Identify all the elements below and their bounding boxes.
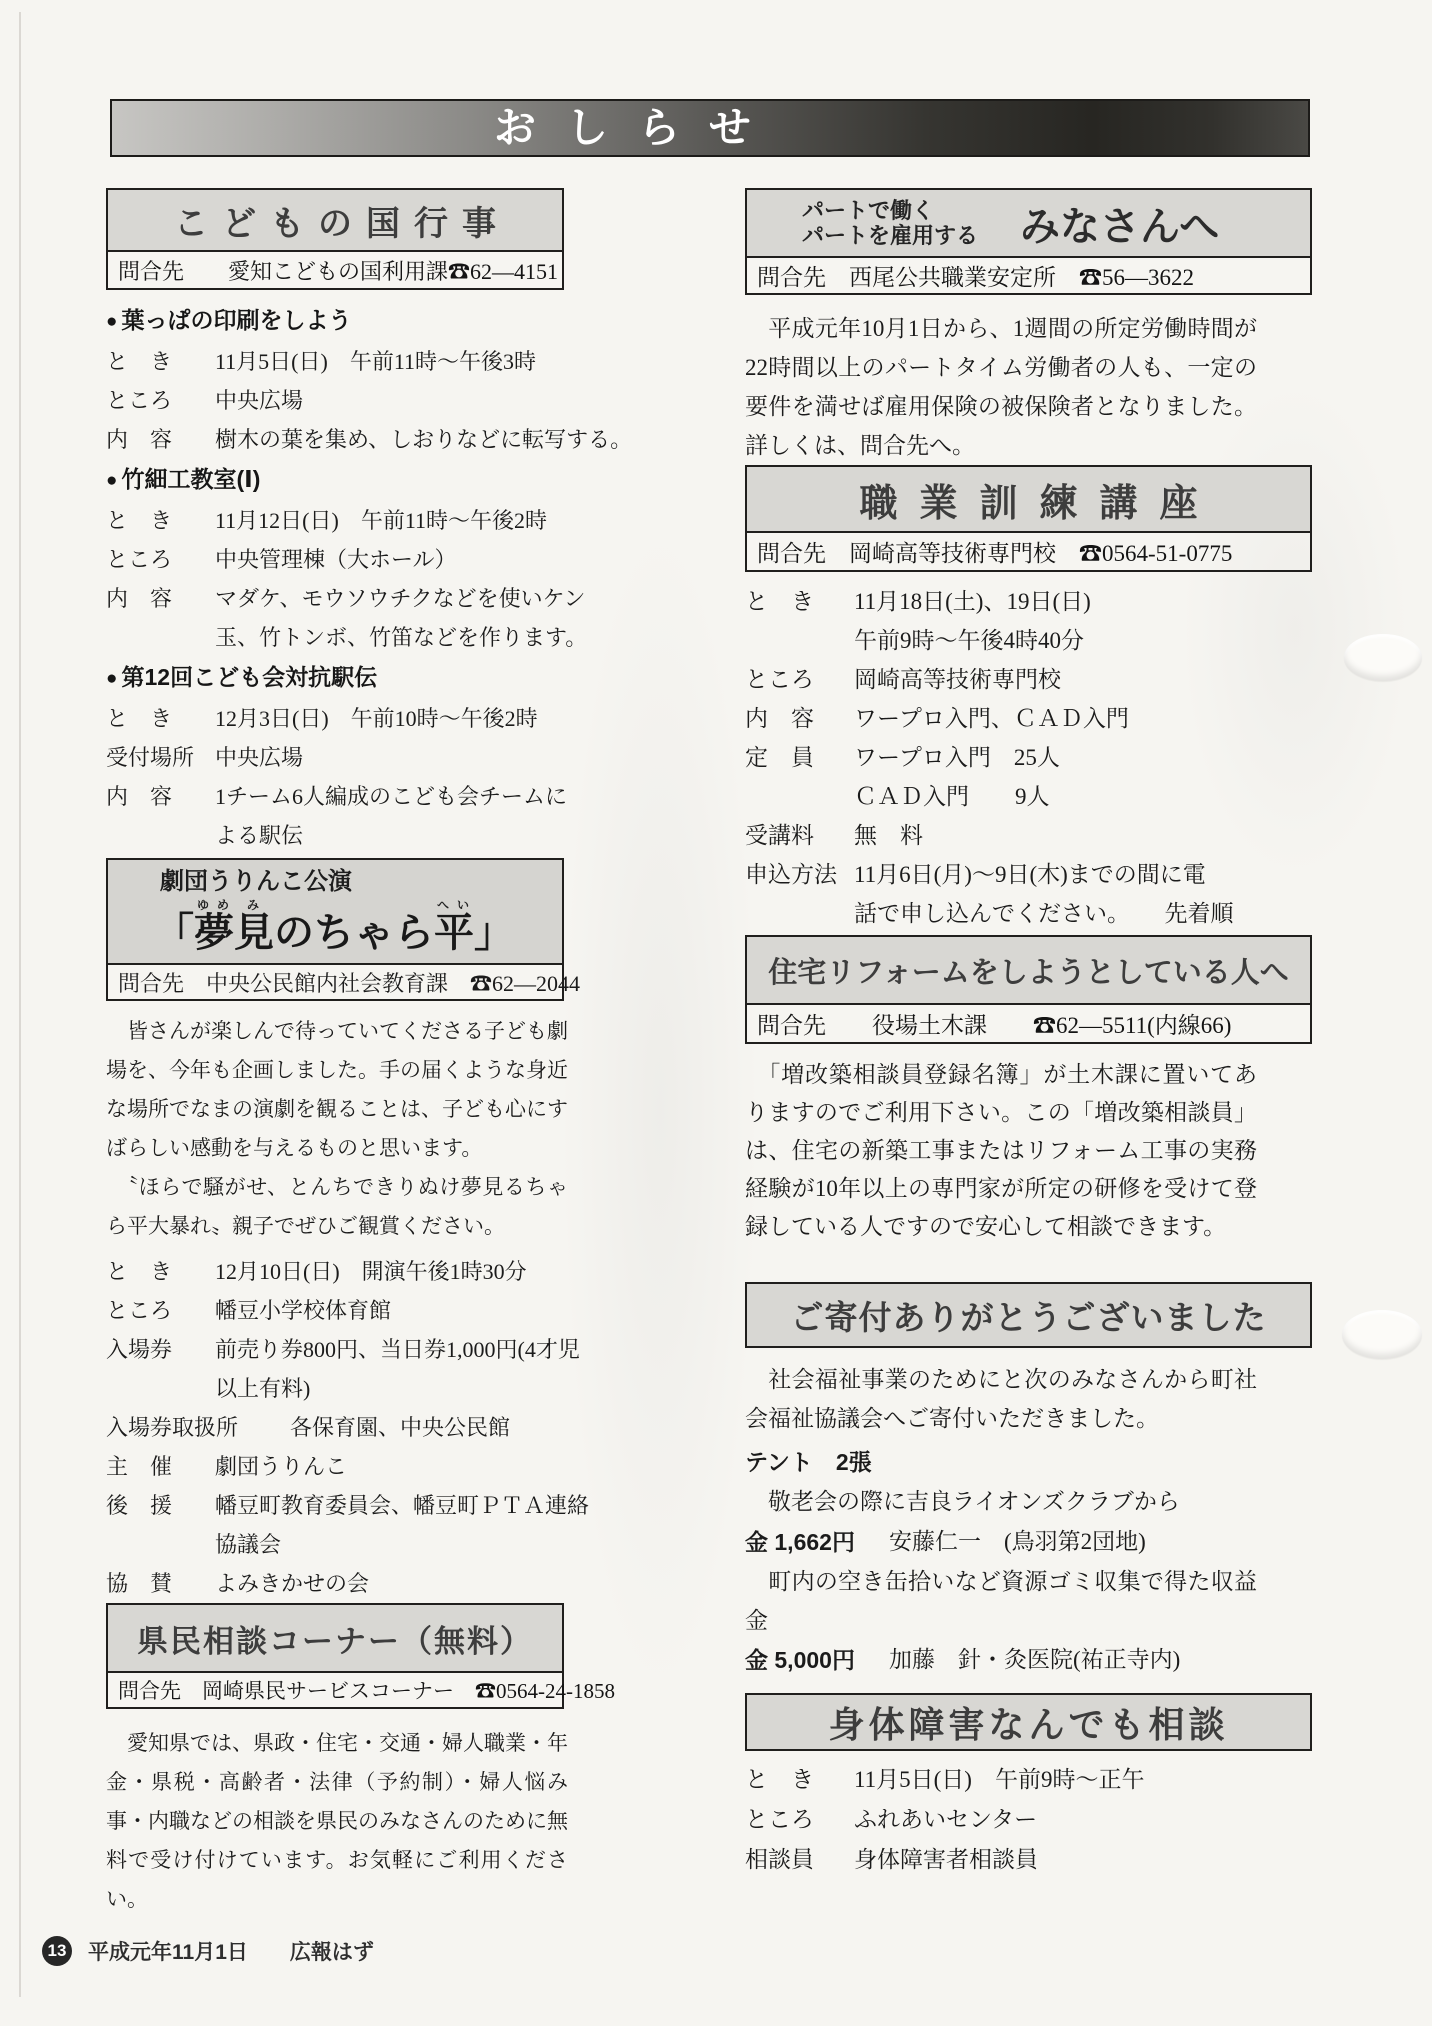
detail-row: 主 催劇団うりんこ [106, 1447, 564, 1486]
section-kunren-contact: 問合先 岡崎高等技術専門校 ☎0564-51-0775 [747, 533, 1310, 570]
row-value: 12月3日(日) 午前10時～午後2時 [215, 699, 538, 738]
row-value: マダケ、モウソウチクなどを使いケン [215, 579, 585, 618]
detail-row: 受講料無 料 [745, 816, 1312, 855]
page-footer: 13 平成元年11月1日 広報はず [42, 1936, 374, 1966]
row-label: 協 賛 [106, 1564, 215, 1603]
section-part-title: みなさんへ [1020, 195, 1219, 252]
row-label: ところ [106, 381, 215, 420]
kenmin-description: 愛知県では、県政・住宅・交通・婦人職業・年金・県税・高齢者・法律（予約制）・婦人… [106, 1724, 568, 1919]
detail-row: ところ中央管理棟（大ホール） [106, 540, 564, 579]
section-kifu-title: ご寄付ありがとうございました [747, 1284, 1310, 1346]
detail-row: 後 援幡豆町教育委員会、幡豆町ＰＴＡ連絡 [106, 1486, 564, 1525]
punch-hole [1344, 634, 1422, 681]
row-value: ＣＡＤ入門 9人 [854, 777, 1050, 816]
furigana: み [234, 898, 274, 912]
part-kicker: パートで働く パートを雇用する [802, 198, 978, 248]
detail-row: 内 容マダケ、モウソウチクなどを使いケン [106, 579, 564, 618]
play-title-ruby: 夢ゆめ [194, 911, 234, 955]
row-label: 相談員 [745, 1840, 854, 1880]
row-label: 申込方法 [745, 855, 854, 894]
bullet-icon: ● [106, 668, 117, 689]
row-label: と き [106, 699, 215, 738]
detail-row-continuation: よる駅伝 [106, 816, 564, 855]
play-title-char: 夢 [194, 911, 234, 955]
row-value: よる駅伝 [215, 816, 303, 855]
detail-row-continuation: 以上有料) [106, 1369, 564, 1408]
row-value: 幡豆町教育委員会、幡豆町ＰＴＡ連絡 [215, 1486, 589, 1525]
row-label: 入場券 [106, 1330, 215, 1369]
donation-amount: 金 5,000円 [745, 1640, 855, 1680]
row-value: 中央広場 [215, 381, 303, 420]
row-value: 玉、竹トンボ、竹笛などを作ります。 [215, 618, 587, 657]
play-title: 「夢ゆめ見みのちゃら平へい」 [108, 898, 562, 957]
detail-row: 内 容樹木の葉を集め、しおりなどに転写する。 [106, 420, 564, 459]
donation-item: テント 2張 [745, 1442, 1312, 1482]
play-box: 劇団うりんこ公演 「夢ゆめ見みのちゃら平へい」 問合先 中央公民館内社会教育課 … [106, 858, 564, 1001]
kifu-details: 社会福祉事業のためにと次のみなさんから町社会福祉協議会へご寄付いただきました。 … [745, 1360, 1312, 1680]
section-kifu-box: ご寄付ありがとうございました [745, 1282, 1312, 1348]
section-kunren-title: 職業訓練講座 [747, 467, 1310, 533]
event-heading-text: 竹細工教室(Ⅰ) [121, 466, 260, 492]
row-value: 中央広場 [215, 738, 303, 777]
row-value: 前売り券800円、当日券1,000円(4才児 [215, 1330, 580, 1369]
detail-row-continuation: ＣＡＤ入門 9人 [745, 777, 1312, 816]
page-number-badge: 13 [42, 1936, 72, 1966]
row-label: 内 容 [106, 777, 215, 816]
punch-hole [1342, 1310, 1422, 1359]
detail-row: 協 賛よみきかせの会 [106, 1564, 564, 1603]
row-label: と き [106, 501, 215, 540]
detail-row: 内 容ワープロ入門、ＣＡＤ入門 [745, 699, 1312, 738]
play-title-close: 」 [474, 911, 514, 955]
detail-row-continuation: 午前9時～午後4時40分 [745, 621, 1312, 660]
row-label: ところ [745, 660, 854, 699]
donation-donor: 加藤 針・灸医院(祐正寺内) [889, 1640, 1180, 1680]
paragraph: 平成元年10月1日から、1週間の所定労働時間が22時間以上のパートタイム労働者の… [745, 309, 1257, 465]
kodomo-events: ●葉っぱの印刷をしよう と き11月5日(日) 午前11時～午後3時 ところ中央… [106, 300, 564, 855]
kunren-details: と き11月18日(土)、19日(日) 午前9時～午後4時40分 ところ岡崎高等… [745, 582, 1312, 933]
row-label: と き [106, 1252, 215, 1291]
event-heading: ●葉っぱの印刷をしよう [106, 300, 564, 342]
section-reform-box: 住宅リフォームをしようとしている人へ 問合先 役場土木課 ☎62—5511(内線… [745, 935, 1312, 1044]
bullet-icon: ● [106, 470, 117, 491]
paragraph: 町内の空き缶拾いなど資源ゴミ収集で得た収益金 [745, 1562, 1257, 1640]
section-kenmin-contact: 問合先 岡崎県民サービスコーナー ☎0564-24-1858 [108, 1673, 562, 1707]
detail-row: ところ幡豆小学校体育館 [106, 1291, 564, 1330]
row-value: 中央管理棟（大ホール） [215, 540, 457, 579]
page-fold-line [19, 12, 21, 1997]
section-part-contact: 問合先 西尾公共職業安定所 ☎56—3622 [747, 258, 1310, 293]
play-title-ruby: 平へい [434, 911, 474, 955]
play-details: と き12月10日(日) 開演午後1時30分 ところ幡豆小学校体育館 入場券前売… [106, 1252, 564, 1603]
play-title-ruby: 見み [234, 911, 274, 955]
play-title-open: 「 [154, 911, 194, 955]
row-value: よみきかせの会 [215, 1564, 369, 1603]
row-value: 11月18日(土)、19日(日) [854, 582, 1091, 621]
row-value: ワープロ入門、ＣＡＤ入門 [854, 699, 1129, 738]
section-kodomo-contact: 問合先 愛知こどもの国利用課☎62—4151 [108, 252, 562, 288]
row-value: 1チーム6人編成のこども会チームに [215, 777, 567, 816]
section-part-header: パートで働く パートを雇用する みなさんへ [747, 190, 1310, 258]
soudan-details: と き11月5日(日) 午前9時～正午 ところふれあいセンター 相談員身体障害者… [745, 1760, 1312, 1880]
row-label: と き [745, 582, 854, 621]
detail-row: と き12月3日(日) 午前10時～午後2時 [106, 699, 564, 738]
row-label: 内 容 [745, 699, 854, 738]
row-value: 話で申し込んでください。 先着順 [854, 894, 1234, 933]
section-reform-contact: 問合先 役場土木課 ☎62—5511(内線66) [747, 1005, 1310, 1042]
row-value: 身体障害者相談員 [854, 1840, 1038, 1880]
detail-row: 受付場所中央広場 [106, 738, 564, 777]
section-kenmin-box: 県民相談コーナー（無料） 問合先 岡崎県民サービスコーナー ☎0564-24-1… [106, 1603, 564, 1709]
play-box-header: 劇団うりんこ公演 「夢ゆめ見みのちゃら平へい」 [108, 860, 562, 965]
detail-row-continuation: 協議会 [106, 1525, 564, 1564]
row-value: 11月6日(月)～9日(木)までの間に電 [854, 855, 1206, 894]
section-part-box: パートで働く パートを雇用する みなさんへ 問合先 西尾公共職業安定所 ☎56—… [745, 188, 1312, 295]
event-heading: ●竹細工教室(Ⅰ) [106, 459, 564, 501]
play-title-char: 平 [434, 911, 474, 955]
detail-row: と き12月10日(日) 開演午後1時30分 [106, 1252, 564, 1291]
row-label: 入場券取扱所 [106, 1408, 290, 1447]
row-value: 劇団うりんこ [215, 1447, 347, 1486]
detail-row: と き11月18日(土)、19日(日) [745, 582, 1312, 621]
event-heading: ●第12回こども会対抗駅伝 [106, 657, 564, 699]
detail-row: 申込方法11月6日(月)～9日(木)までの間に電 [745, 855, 1312, 894]
part-description: 平成元年10月1日から、1週間の所定労働時間が22時間以上のパートタイム労働者の… [745, 309, 1257, 465]
play-description: 皆さんが楽しんで待っていてくださる子ども劇場を、今年も企画しました。手の届くよう… [106, 1012, 568, 1246]
row-value: 幡豆小学校体育館 [215, 1291, 391, 1330]
play-title-char: のちゃら [274, 911, 434, 955]
row-label: と き [106, 342, 215, 381]
donation-amount: 金 1,662円 [745, 1522, 855, 1562]
play-kicker: 劇団うりんこ公演 [108, 868, 562, 896]
detail-row: と き11月5日(日) 午前11時～午後3時 [106, 342, 564, 381]
event-heading-text: 第12回こども会対抗駅伝 [121, 664, 377, 690]
row-value: 11月12日(日) 午前11時～午後2時 [215, 501, 547, 540]
detail-row: ところ中央広場 [106, 381, 564, 420]
row-label: ところ [745, 1800, 854, 1840]
row-value: 無 料 [854, 816, 923, 855]
paragraph: 「増改築相談員登録名簿」が土木課に置いてありますのでご利用下さい。この「増改築相… [745, 1056, 1257, 1246]
detail-row: 内 容1チーム6人編成のこども会チームに [106, 777, 564, 816]
row-value: 12月10日(日) 開演午後1時30分 [215, 1252, 527, 1291]
row-label: 後 援 [106, 1486, 215, 1525]
event-heading-text: 葉っぱの印刷をしよう [121, 307, 351, 333]
row-label: ところ [106, 540, 215, 579]
furigana: ゆめ [194, 898, 234, 912]
notice-banner: おしらせ [110, 99, 1310, 157]
row-value: 11月5日(日) 午前11時～午後3時 [215, 342, 536, 381]
detail-row: 相談員身体障害者相談員 [745, 1840, 1312, 1880]
row-label: と き [745, 1760, 854, 1800]
section-kodomo-box: こどもの国行事 問合先 愛知こどもの国利用課☎62—4151 [106, 188, 564, 290]
paragraph: 皆さんが楽しんで待っていてくださる子ども劇場を、今年も企画しました。手の届くよう… [106, 1012, 568, 1168]
furigana: へい [434, 898, 474, 912]
row-value: 以上有料) [215, 1369, 310, 1408]
donation-amount-row: 金 5,000円加藤 針・灸医院(祐正寺内) [745, 1640, 1312, 1680]
row-value: 協議会 [215, 1525, 281, 1564]
row-value: 岡崎高等技術専門校 [854, 660, 1061, 699]
note-text: 敬老会の際に吉良ライオンズクラブから [745, 1482, 1180, 1522]
bullet-icon: ● [106, 311, 117, 332]
row-label: 内 容 [106, 579, 215, 618]
play-contact: 問合先 中央公民館内社会教育課 ☎62—2044 [108, 965, 562, 999]
row-label: ところ [106, 1291, 215, 1330]
detail-row: 入場券前売り券800円、当日券1,000円(4才児 [106, 1330, 564, 1369]
row-value: 樹木の葉を集め、しおりなどに転写する。 [215, 420, 632, 459]
section-kenmin-title: 県民相談コーナー（無料） [108, 1605, 562, 1673]
donation-note: 敬老会の際に吉良ライオンズクラブから [745, 1482, 1312, 1522]
detail-row: ところふれあいセンター [745, 1800, 1312, 1840]
section-reform-title: 住宅リフォームをしようとしている人へ [747, 937, 1310, 1005]
paragraph: 〝ほらで騒がせ、とんちできりぬけ夢見るちゃら平大暴れ〟親子でぜひご観賞ください。 [106, 1168, 568, 1246]
detail-row-continuation: 玉、竹トンボ、竹笛などを作ります。 [106, 618, 564, 657]
footer-text: 平成元年11月1日 広報はず [88, 1936, 374, 1966]
row-value: 午前9時～午後4時40分 [854, 621, 1084, 660]
section-kodomo-title: こどもの国行事 [108, 190, 562, 252]
donation-donor: 安藤仁一 (鳥羽第2団地) [889, 1522, 1146, 1562]
part-kicker-line2: パートを雇用する [802, 223, 978, 248]
play-title-char: 見 [234, 911, 274, 955]
detail-row: ところ岡崎高等技術専門校 [745, 660, 1312, 699]
notice-banner-title: おしらせ [494, 107, 781, 149]
paragraph: 社会福祉事業のためにと次のみなさんから町社会福祉協議会へご寄付いただきました。 [745, 1360, 1257, 1438]
row-label: 主 催 [106, 1447, 215, 1486]
detail-row: と き11月12日(日) 午前11時～午後2時 [106, 501, 564, 540]
detail-row: と き11月5日(日) 午前9時～正午 [745, 1760, 1312, 1800]
show-through-smudge [560, 520, 760, 1700]
row-value: ワープロ入門 25人 [854, 738, 1060, 777]
newsletter-page: おしらせ こどもの国行事 問合先 愛知こどもの国利用課☎62—4151 ●葉っぱ… [0, 0, 1432, 2026]
section-soudan-box: 身体障害なんでも相談 [745, 1693, 1312, 1751]
reform-description: 「増改築相談員登録名簿」が土木課に置いてありますのでご利用下さい。この「増改築相… [745, 1056, 1257, 1246]
row-label: 受付場所 [106, 738, 215, 777]
detail-row: 入場券取扱所各保育園、中央公民館 [106, 1408, 564, 1447]
row-label: 定 員 [745, 738, 854, 777]
row-value: 各保育園、中央公民館 [290, 1408, 510, 1447]
part-kicker-line1: パートで働く [802, 198, 978, 223]
row-label: 受講料 [745, 816, 854, 855]
section-kunren-box: 職業訓練講座 問合先 岡崎高等技術専門校 ☎0564-51-0775 [745, 465, 1312, 572]
detail-row: 定 員ワープロ入門 25人 [745, 738, 1312, 777]
donation-amount-row: 金 1,662円安藤仁一 (鳥羽第2団地) [745, 1522, 1312, 1562]
paragraph: 愛知県では、県政・住宅・交通・婦人職業・年金・県税・高齢者・法律（予約制）・婦人… [106, 1724, 568, 1919]
detail-row-continuation: 話で申し込んでください。 先着順 [745, 894, 1312, 933]
row-value: 11月5日(日) 午前9時～正午 [854, 1760, 1144, 1800]
row-label: 内 容 [106, 420, 215, 459]
row-value: ふれあいセンター [854, 1800, 1037, 1840]
section-soudan-title: 身体障害なんでも相談 [747, 1695, 1310, 1749]
